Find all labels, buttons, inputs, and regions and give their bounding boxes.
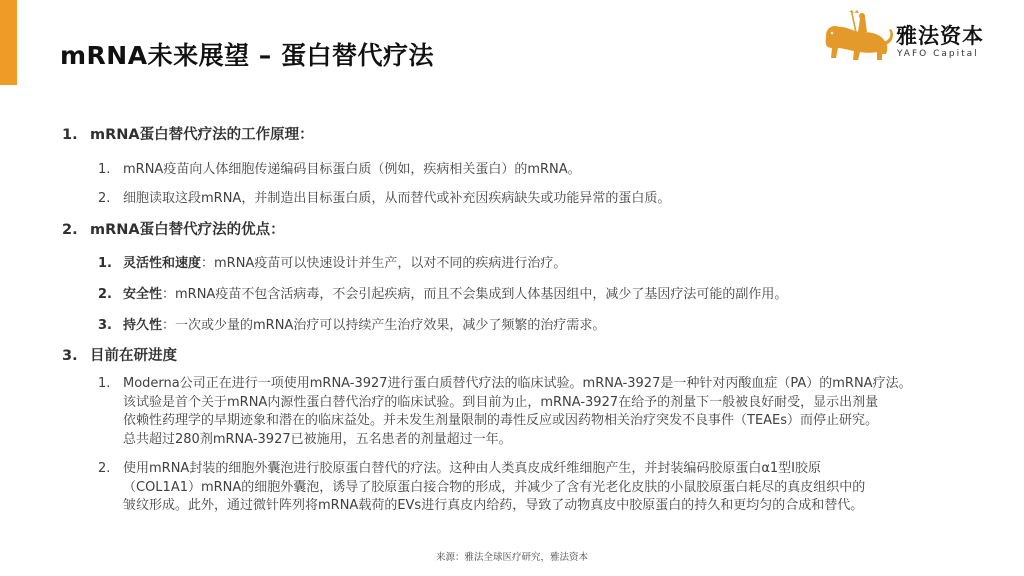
page-title: mRNA未来展望 – 蛋白替代疗法 [60,36,434,72]
section-number: 1. [62,127,90,143]
lion-rider-logo-icon [822,10,896,66]
list-item: 2.细胞读取这段mRNA，并制造出目标蛋白质，从而替代或补充因疾病缺失或功能异常… [98,187,670,206]
paragraph-line: 总共超过280剂mRNA-3927已被施用，五名患者的剂量超过一年。 [123,431,912,450]
item-text: 细胞读取这段mRNA，并制造出目标蛋白质，从而替代或补充因疾病缺失或功能异常的蛋… [123,191,670,206]
item-number: 1. [98,162,123,177]
list-item: 1.mRNA疫苗向人体细胞传递编码目标蛋白质（例如，疾病相关蛋白）的mRNA。 [98,158,581,177]
item-number: 2. [98,191,123,206]
item-text: ：mRNA疫苗不包含活病毒，不会引起疾病，而且不会集成到人体基因组中，减少了基因… [162,287,787,302]
list-item: 2.安全性：mRNA疫苗不包含活病毒，不会引起疾病，而且不会集成到人体基因组中，… [98,283,787,302]
item-number: 2. [98,460,110,479]
paragraph-line: 皱纹形成。此外，通过微针阵列将mRNA载荷的EVs进行真皮内给药，导致了动物真皮… [123,497,865,516]
logo-name-en: YAFO Capital [897,49,979,59]
section-heading-principle: 1.mRNA蛋白替代疗法的工作原理： [62,123,314,144]
section-title: mRNA蛋白替代疗法的优点： [90,222,285,238]
company-logo: 雅法资本 YAFO Capital [822,10,992,66]
section-number: 2. [62,222,90,238]
section-number: 3. [62,348,90,364]
section-title: 目前在研进度 [90,348,177,364]
item-number: 1. [98,256,123,271]
item-number: 3. [98,318,123,333]
item-text: ：一次或少量的mRNA治疗可以持续产生治疗效果，减少了频繁的治疗需求。 [162,318,605,333]
paragraph-line: 依赖性药理学的早期迹象和潜在的临床益处。并未发生剂量限制的毒性反应或因药物相关治… [123,412,912,431]
progress-item-collagen: 2. 使用mRNA封装的细胞外囊泡进行胶原蛋白替代的疗法。这种由人类真皮成纤维细… [98,460,865,516]
accent-bar [0,0,17,85]
list-item: 1.灵活性和速度：mRNA疫苗可以快速设计并生产，以对不同的疾病进行治疗。 [98,252,566,271]
section-heading-progress: 3.目前在研进度 [62,344,177,365]
section-heading-advantages: 2.mRNA蛋白替代疗法的优点： [62,218,285,239]
item-number: 2. [98,287,123,302]
list-item: 3.持久性：一次或少量的mRNA治疗可以持续产生治疗效果，减少了频繁的治疗需求。 [98,314,605,333]
item-term: 安全性 [123,287,162,302]
item-term: 持久性 [123,318,162,333]
logo-name-cn: 雅法资本 [896,20,984,50]
source-footnote: 来源：雅法全球医疗研究，雅法资本 [0,549,1024,563]
progress-item-moderna: 1. Moderna公司正在进行一项使用mRNA-3927进行蛋白质替代疗法的临… [98,375,912,449]
item-number: 1. [98,375,110,394]
item-term: 灵活性和速度 [123,256,201,271]
paragraph-line: Moderna公司正在进行一项使用mRNA-3927进行蛋白质替代疗法的临床试验… [123,375,912,394]
section-title: mRNA蛋白替代疗法的工作原理： [90,127,314,143]
paragraph-line: 该试验是首个关于mRNA内源性蛋白替代治疗的临床试验。到目前为止，mRNA-39… [123,394,912,413]
paragraph-line: （COL1A1）mRNA的细胞外囊泡，诱导了胶原蛋白接合物的形成，并减少了含有光… [123,479,865,498]
item-text: ：mRNA疫苗可以快速设计并生产，以对不同的疾病进行治疗。 [201,256,566,271]
paragraph-line: 使用mRNA封装的细胞外囊泡进行胶原蛋白替代的疗法。这种由人类真皮成纤维细胞产生… [123,460,865,479]
item-text: mRNA疫苗向人体细胞传递编码目标蛋白质（例如，疾病相关蛋白）的mRNA。 [123,162,581,177]
